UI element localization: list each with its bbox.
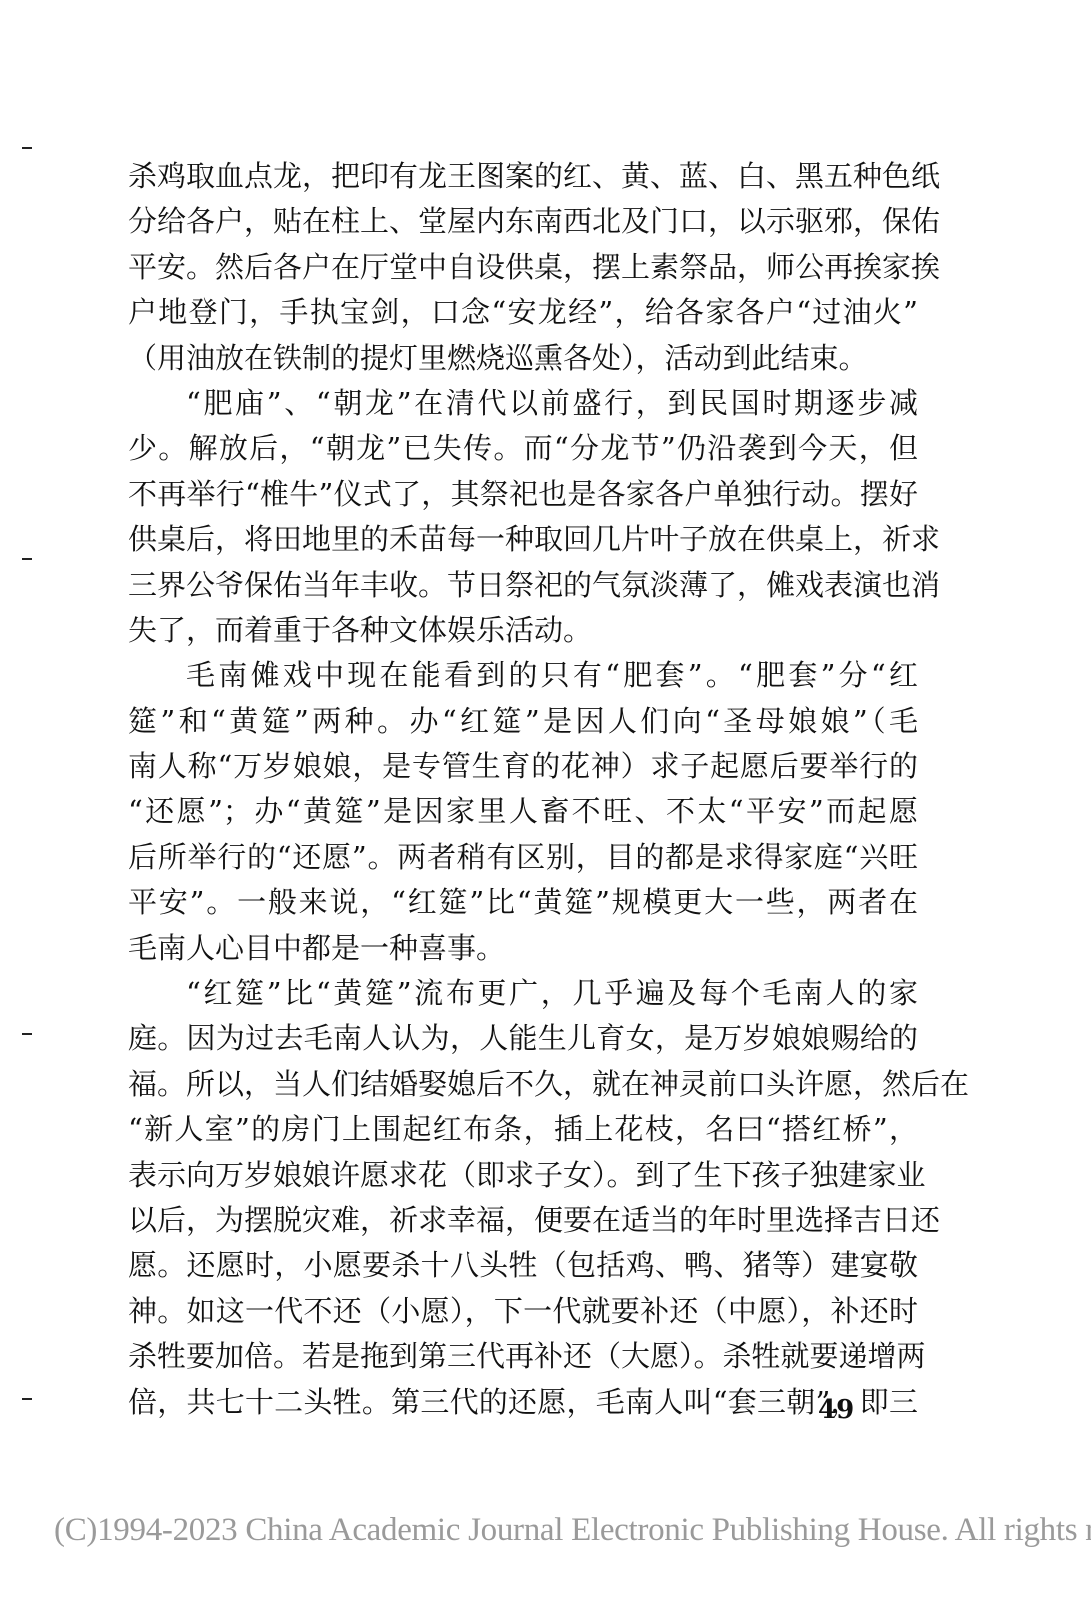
margin-mark bbox=[22, 1398, 32, 1400]
page-number: 49 bbox=[818, 1395, 854, 1425]
text-line: 供桌后，将田地里的禾苗每一种取回几片叶子放在供桌上，祈求 bbox=[128, 517, 918, 562]
text-line: 户地登门，手执宝剑，口念“安龙经”，给各家各户“过油火” bbox=[128, 290, 918, 335]
text-line: 愿。还愿时，小愿要杀十八头牲（包括鸡、鸭、猪等）建宴敬 bbox=[128, 1243, 918, 1288]
text-line: 庭。因为过去毛南人认为，人能生儿育女，是万岁娘娘赐给的 bbox=[128, 1016, 918, 1061]
text-line: 杀鸡取血点龙，把印有龙王图案的红、黄、蓝、白、黑五种色纸 bbox=[128, 154, 918, 199]
text-line: 毛南傩戏中现在能看到的只有“肥套”。“肥套”分“红 bbox=[128, 653, 918, 698]
margin-mark bbox=[22, 558, 32, 560]
text-line: “新人室”的房门上围起红布条，插上花枝，名曰“搭红桥”， bbox=[128, 1107, 918, 1152]
text-line: 表示向万岁娘娘许愿求花（即求子女）。到了生下孩子独建家业 bbox=[128, 1153, 918, 1198]
body-text: 杀鸡取血点龙，把印有龙王图案的红、黄、蓝、白、黑五种色纸 分给各户，贴在柱上、堂… bbox=[128, 154, 918, 1425]
text-line: 毛南人心目中都是一种喜事。 bbox=[128, 926, 918, 971]
text-line: 平安。然后各户在厅堂中自设供桌，摆上素祭品，师公再挨家挨 bbox=[128, 245, 918, 290]
text-line: 三界公爷保佑当年丰收。节日祭祀的气氛淡薄了，傩戏表演也消 bbox=[128, 563, 918, 608]
text-line: “红筵”比“黄筵”流布更广，几乎遍及每个毛南人的家 bbox=[128, 971, 918, 1016]
text-line: 分给各户，贴在柱上、堂屋内东南西北及门口，以示驱邪，保佑 bbox=[128, 199, 918, 244]
text-line: （用油放在铁制的提灯里燃烧巡熏各处），活动到此结束。 bbox=[128, 336, 918, 381]
text-line: 神。如这一代不还（小愿），下一代就要补还（中愿），补还时 bbox=[128, 1289, 918, 1334]
text-line: 杀牲要加倍。若是拖到第三代再补还（大愿）。杀牲就要递增两 bbox=[128, 1334, 918, 1379]
text-line: “还愿”；办“黄筵”是因家里人畜不旺、不太“平安”而起愿 bbox=[128, 789, 918, 834]
text-line: 南人称“万岁娘娘，是专管生育的花神）求子起愿后要举行的 bbox=[128, 744, 918, 789]
text-line: “肥庙”、“朝龙”在清代以前盛行，到民国时期逐步减 bbox=[128, 381, 918, 426]
text-line: 以后，为摆脱灾难，祈求幸福，便要在适当的年时里选择吉日还 bbox=[128, 1198, 918, 1243]
document-page: 杀鸡取血点龙，把印有龙王图案的红、黄、蓝、白、黑五种色纸 分给各户，贴在柱上、堂… bbox=[0, 0, 1091, 1602]
text-line: 不再举行“椎牛”仪式了，其祭祀也是各家各户单独行动。摆好 bbox=[128, 472, 918, 517]
margin-mark bbox=[22, 1033, 32, 1035]
text-line: 福。所以，当人们结婚娶媳后不久，就在神灵前口头许愿，然后在 bbox=[128, 1062, 918, 1107]
text-line: 平安”。一般来说，“红筵”比“黄筵”规模更大一些，两者在 bbox=[128, 880, 918, 925]
text-line: 失了，而着重于各种文体娱乐活动。 bbox=[128, 608, 918, 653]
text-line: 倍，共七十二头牲。第三代的还愿，毛南人叫“套三朝”，即三 bbox=[128, 1380, 918, 1425]
margin-mark bbox=[22, 147, 32, 149]
text-line: 少。解放后，“朝龙”已失传。而“分龙节”仍沿袭到今天，但 bbox=[128, 426, 918, 471]
text-line: 筵”和“黄筵”两种。办“红筵”是因人们向“圣母娘娘”（毛 bbox=[128, 699, 918, 744]
text-line: 后所举行的“还愿”。两者稍有区别，目的都是求得家庭“兴旺 bbox=[128, 835, 918, 880]
copyright-footer: (C)1994-2023 China Academic Journal Elec… bbox=[54, 1512, 1091, 1549]
